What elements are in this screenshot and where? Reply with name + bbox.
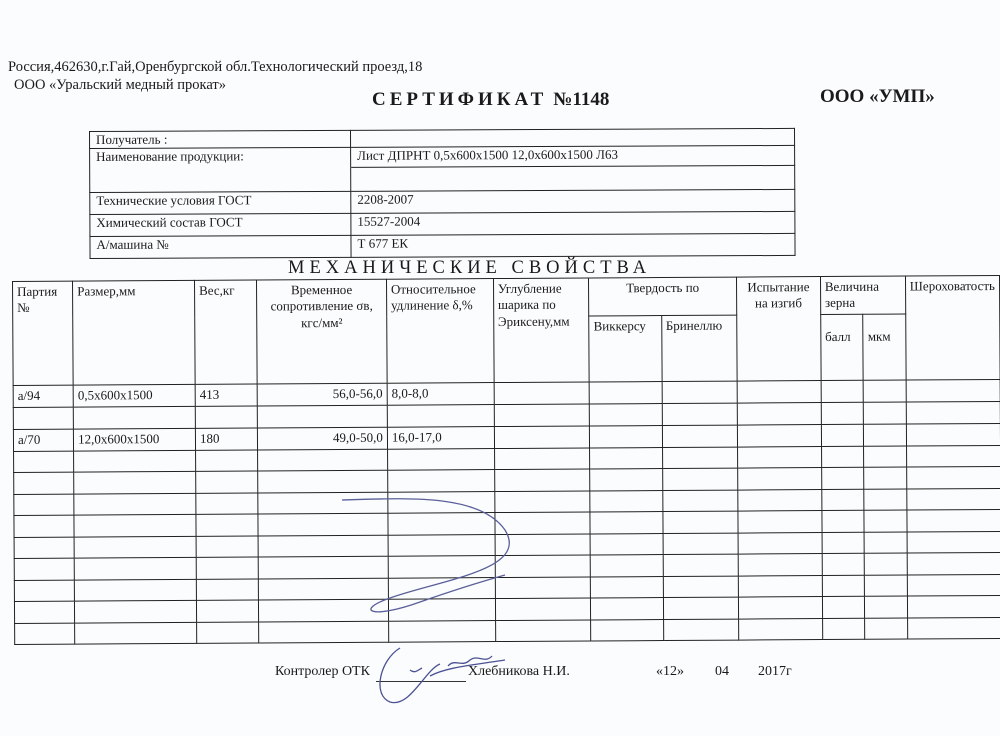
empty-cell — [821, 446, 864, 468]
chem-value: 15527-2004 — [351, 211, 795, 235]
empty-cell — [388, 513, 495, 535]
header-erichsen: Углубление шарика по Эриксену,мм — [493, 278, 589, 382]
truck-value: Т 677 ЕК — [351, 233, 795, 257]
empty-cell — [15, 623, 75, 645]
empty-cell — [388, 620, 495, 642]
empty-cell — [74, 536, 196, 558]
empty-cell — [662, 490, 737, 512]
cell-elong: 16,0-17,0 — [387, 426, 494, 449]
product-label: Наименование продукции: — [90, 147, 351, 168]
empty-cell — [822, 596, 865, 618]
empty-cell — [590, 512, 662, 534]
empty-cell — [258, 578, 388, 600]
empty-cell — [738, 489, 822, 511]
cell-weight — [195, 406, 257, 428]
empty-cell — [259, 599, 389, 621]
empty-cell — [196, 450, 258, 472]
empty-cell — [907, 595, 1000, 617]
empty-cell — [196, 471, 258, 493]
empty-cell — [864, 380, 906, 402]
empty-cell — [494, 403, 590, 426]
empty-cell — [388, 599, 495, 621]
product-extra — [351, 165, 795, 191]
empty-cell — [906, 423, 1000, 446]
empty-cell — [865, 553, 907, 575]
empty-cell — [662, 403, 737, 425]
empty-cell — [495, 533, 591, 555]
cell-tensile — [257, 405, 387, 428]
header-brinell: Бринеллю — [661, 315, 737, 381]
empty-cell — [196, 514, 258, 536]
empty-cell — [591, 576, 663, 598]
empty-cell — [907, 488, 1000, 510]
empty-cell — [822, 510, 865, 532]
empty-cell — [14, 515, 74, 537]
certificate-title: СЕРТИФИКАТ№1148 — [372, 89, 609, 111]
mechanical-title: МЕХАНИЧЕСКИЕ СВОЙСТВА — [288, 258, 651, 279]
empty-cell — [737, 380, 821, 403]
empty-cell — [737, 446, 821, 468]
empty-cell — [258, 535, 388, 557]
empty-cell — [590, 403, 662, 425]
empty-cell — [737, 402, 821, 425]
empty-cell — [258, 513, 388, 535]
date-year: 2017г — [758, 664, 792, 680]
company-name: ООО «Уральский медный прокат» — [14, 77, 226, 94]
empty-cell — [662, 425, 737, 447]
empty-cell — [14, 472, 74, 494]
header-grain: Величина зерна — [820, 276, 905, 314]
cell-weight: 180 — [195, 428, 257, 450]
empty-cell — [590, 425, 662, 447]
empty-cell — [591, 619, 663, 641]
cell-tensile: 49,0-50,0 — [258, 427, 388, 450]
empty-cell — [662, 447, 737, 469]
certificate-title-text: СЕРТИФИКАТ — [372, 89, 547, 110]
empty-cell — [388, 470, 495, 492]
cell-batch: а/70 — [13, 429, 73, 451]
empty-cell — [662, 468, 737, 490]
tech-value: 2208-2007 — [351, 189, 795, 213]
empty-cell — [14, 451, 74, 473]
cell-size — [73, 406, 195, 429]
empty-cell — [75, 622, 197, 644]
cell-elong: 8,0-8,0 — [387, 382, 494, 405]
empty-cell — [821, 380, 864, 402]
empty-cell — [906, 466, 1000, 488]
empty-cell — [495, 512, 591, 534]
header-grain-mkm: мкм — [863, 314, 906, 380]
cell-batch — [13, 407, 73, 429]
empty-cell — [258, 492, 388, 514]
empty-cell — [388, 577, 495, 599]
date-day: «12» — [656, 664, 684, 680]
signature-line — [376, 681, 466, 682]
empty-cell — [907, 617, 1000, 639]
empty-cell — [663, 576, 738, 598]
empty-cell — [738, 618, 822, 640]
empty-cell — [388, 534, 495, 556]
empty-cell — [196, 579, 258, 601]
cell-size: 12,0х600х1500 — [74, 428, 196, 451]
empty-cell — [590, 533, 662, 555]
empty-cell — [258, 449, 388, 471]
empty-cell — [662, 511, 737, 533]
tensile-line-2: сопротивление σв, — [271, 298, 373, 314]
empty-cell — [906, 379, 1000, 402]
empty-cell — [14, 494, 74, 516]
address: Россия,462630,г.Гай,Оренбургской обл.Тех… — [8, 59, 422, 76]
empty-cell — [196, 536, 258, 558]
empty-cell — [494, 381, 590, 404]
empty-cell — [387, 448, 494, 470]
empty-cell — [865, 532, 907, 554]
empty-cell — [74, 450, 196, 472]
cell-size: 0,5х600х1500 — [73, 384, 195, 407]
empty-cell — [864, 489, 906, 511]
empty-cell — [197, 621, 259, 643]
cell-batch: а/94 — [13, 385, 73, 407]
empty-cell — [906, 445, 1000, 467]
empty-cell — [663, 554, 738, 576]
empty-cell — [388, 491, 495, 513]
empty-cell — [258, 556, 388, 578]
certificate-number: №1148 — [553, 89, 609, 110]
empty-cell — [822, 489, 865, 511]
tensile-line-3: кгс/мм² — [301, 314, 342, 329]
recipient-value — [350, 128, 794, 147]
elong-line-2: удлинение δ,% — [391, 297, 473, 312]
empty-cell — [662, 381, 737, 403]
empty-cell — [74, 493, 196, 515]
empty-cell — [495, 576, 591, 598]
controller-label: Контролер ОТК — [275, 664, 370, 680]
header-weight: Вес,кг — [195, 280, 258, 384]
cell-tensile: 56,0-56,0 — [257, 383, 387, 406]
empty-cell — [865, 575, 907, 597]
date-month: 04 — [715, 664, 729, 680]
empty-cell — [738, 532, 822, 554]
empty-cell — [74, 557, 196, 579]
empty-cell — [738, 554, 822, 576]
empty-cell — [258, 470, 388, 492]
empty-cell — [738, 597, 822, 619]
empty-cell — [822, 618, 865, 640]
empty-cell — [74, 471, 196, 493]
empty-cell — [590, 490, 662, 512]
empty-cell — [591, 598, 663, 620]
mechanical-table: Партия № Размер,мм Вес,кг Временноесопро… — [12, 275, 1000, 645]
empty-cell — [663, 597, 738, 619]
empty-cell — [663, 533, 738, 555]
empty-cell — [590, 469, 662, 491]
empty-cell — [907, 552, 1000, 574]
empty-cell — [259, 621, 389, 643]
empty-cell — [495, 490, 591, 512]
empty-cell — [14, 580, 74, 602]
empty-cell — [388, 556, 495, 578]
empty-cell — [14, 537, 74, 559]
empty-cell — [907, 574, 1000, 596]
empty-cell — [196, 600, 258, 622]
empty-cell — [494, 425, 590, 448]
empty-cell — [906, 401, 1000, 424]
empty-cell — [907, 509, 1000, 531]
product-value: Лист ДПРНТ 0,5х600х1500 12,0х600х1500 Л6… — [351, 145, 795, 167]
empty-cell — [865, 618, 907, 640]
elong-line-1: Относительное — [391, 281, 476, 297]
empty-cell — [821, 424, 864, 446]
empty-cell — [196, 493, 258, 515]
header-tensile: Временноесопротивление σв,кгс/мм² — [257, 279, 387, 383]
empty-cell — [822, 553, 865, 575]
info-table: Получатель : Наименование продукции:Лист… — [89, 128, 796, 259]
empty-cell — [196, 557, 258, 579]
controller-name: Хлебникова Н.И. — [468, 664, 570, 680]
header-batch: Партия № — [13, 281, 74, 385]
cell-weight: 413 — [195, 384, 257, 406]
header-vickers: Виккерсу — [589, 315, 662, 381]
empty-cell — [494, 469, 590, 491]
header-size: Размер,мм — [73, 280, 195, 384]
empty-cell — [495, 619, 591, 641]
tech-label: Технические условия ГОСТ — [90, 191, 351, 214]
recipient-label: Получатель : — [90, 130, 351, 148]
chem-label: Химический состав ГОСТ — [90, 213, 351, 236]
empty-cell — [495, 598, 591, 620]
empty-cell — [589, 381, 661, 403]
empty-cell — [74, 514, 196, 536]
empty-cell — [495, 555, 591, 577]
truck-label: А/машина № — [90, 235, 351, 258]
header-bend: Испытание на изгиб — [736, 277, 821, 381]
company-short: ООО «УМП» — [820, 86, 935, 108]
empty-cell — [821, 402, 864, 424]
empty-cell — [590, 555, 662, 577]
empty-cell — [822, 575, 865, 597]
empty-cell — [738, 575, 822, 597]
header-hardness: Твердость по — [589, 277, 737, 315]
empty-cell — [14, 601, 74, 623]
cell-elong — [387, 404, 494, 427]
empty-cell — [864, 446, 906, 468]
header-roughness: Шероховатость — [905, 275, 1000, 379]
empty-cell — [864, 424, 906, 446]
header-elongation: Относительноеудлинение δ,% — [386, 279, 493, 383]
empty-cell — [663, 619, 738, 641]
empty-cell — [864, 402, 906, 424]
empty-cell — [494, 447, 590, 469]
empty-cell — [75, 600, 197, 622]
empty-cell — [590, 447, 662, 469]
empty-cell — [907, 531, 1000, 553]
empty-cell — [14, 558, 74, 580]
empty-cell — [821, 467, 864, 489]
empty-cell — [738, 511, 822, 533]
empty-cell — [822, 532, 865, 554]
empty-cell — [864, 510, 906, 532]
empty-cell — [864, 467, 906, 489]
header-grain-ball: балл — [821, 314, 864, 380]
empty-cell — [75, 579, 197, 601]
empty-cell — [865, 596, 907, 618]
empty-cell — [737, 424, 821, 447]
empty-cell — [738, 468, 822, 490]
tensile-line-1: Временное — [291, 282, 352, 297]
